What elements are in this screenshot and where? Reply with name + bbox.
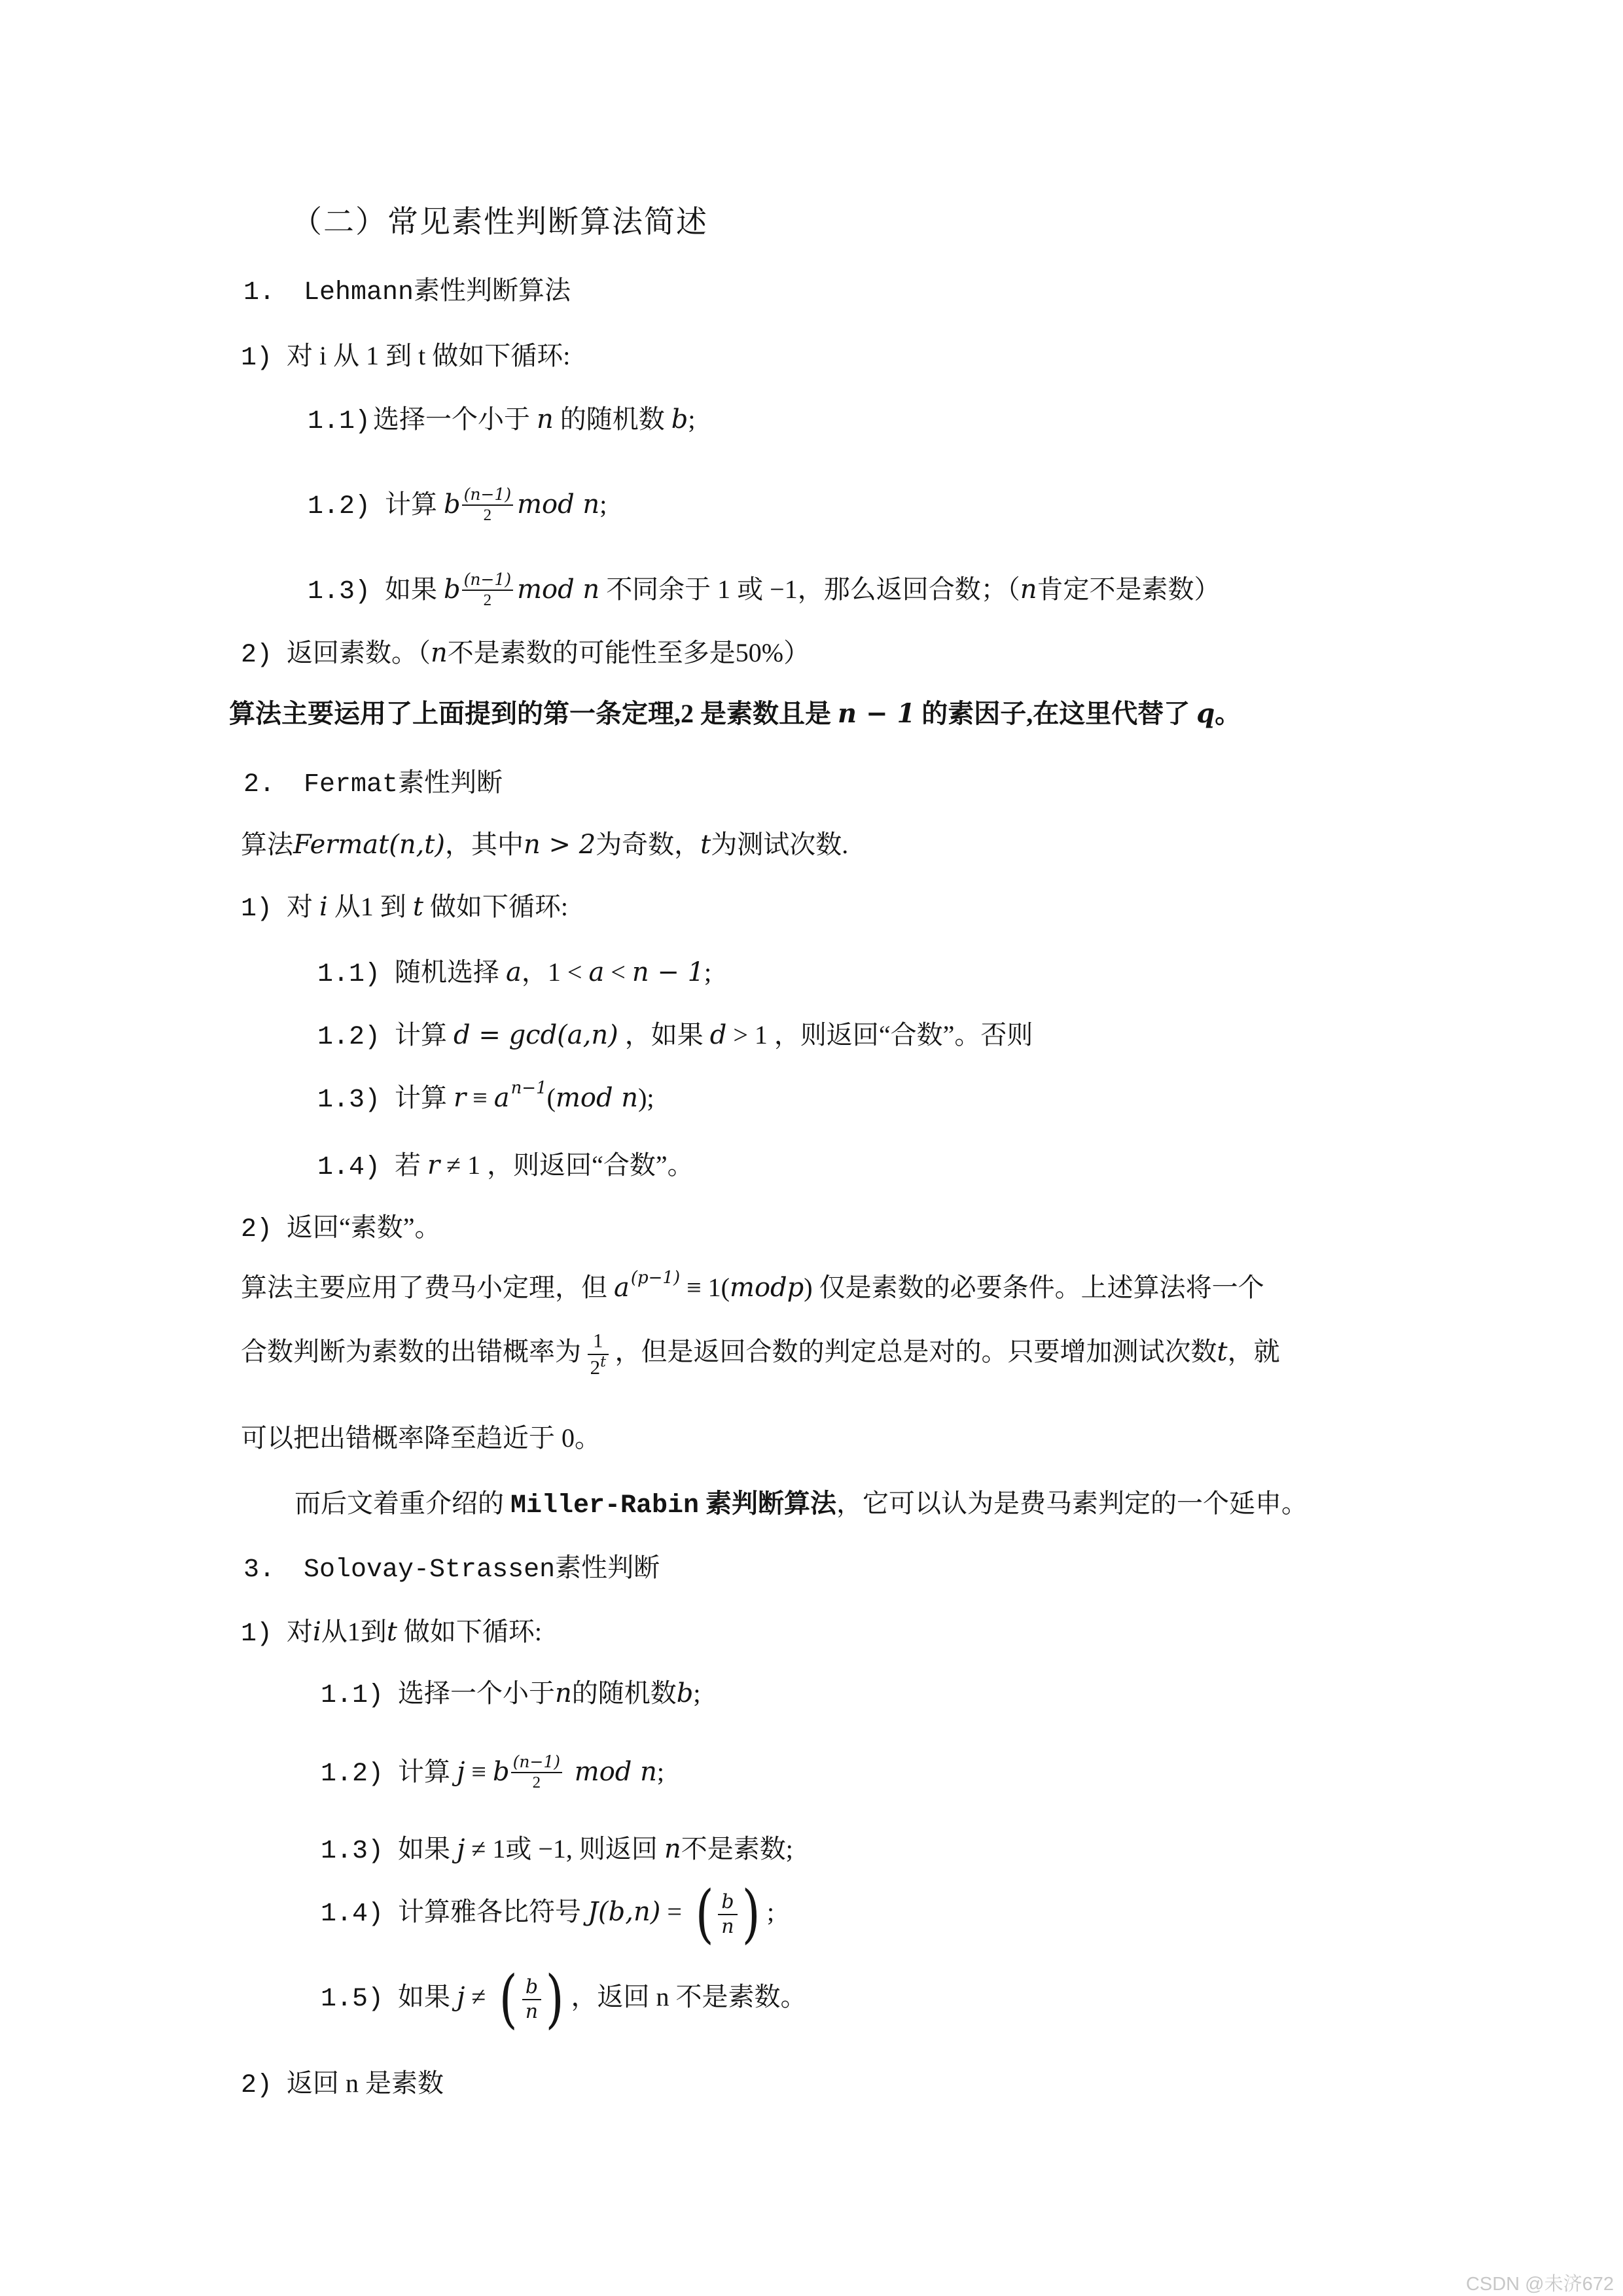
math-operator: modp <box>730 1273 804 1303</box>
fermat-title: 2.Fermat素性判断 <box>243 766 503 802</box>
text-run: ; <box>688 404 695 434</box>
text-run: ; <box>599 489 607 519</box>
text-run: ; <box>767 1897 774 1926</box>
algorithm-name: Lehmann <box>304 278 414 308</box>
fraction-denominator: 2 <box>533 1773 541 1792</box>
title-text: 素性判断 <box>398 768 503 797</box>
denominator-base: 2 <box>590 1356 601 1379</box>
list-marker: 1.1) <box>308 407 370 436</box>
fermat-note-line2: 合数判断为素数的出错概率为12t，但是返回合数的判定总是对的。只要增加测试次数t… <box>241 1330 1280 1379</box>
math-var: a <box>588 957 604 987</box>
math-var: i <box>313 1617 321 1647</box>
math-base: a <box>614 1273 630 1303</box>
text-run: 返回“素数”。 <box>287 1212 441 1242</box>
text-run: ; <box>657 1757 664 1786</box>
math-var: r <box>454 1083 466 1113</box>
list-marker: 1.4) <box>321 1899 383 1929</box>
fermat-note-line3: 可以把出错概率降至趋近于 0。 <box>241 1421 601 1455</box>
text-run: ) 仅是素数的必要条件。上述算法将一个 <box>804 1273 1264 1302</box>
list-marker: 1.1) <box>317 960 380 989</box>
text-run: 可以把出错概率降至趋近于 0。 <box>241 1423 601 1453</box>
text-run: 做如下循环: <box>397 1617 542 1646</box>
math-var: n <box>664 1834 681 1864</box>
solovay-step1-2: 1.2)计算 j ≡ b(n−1)2 mod n; <box>321 1755 664 1805</box>
fermat-step1: 1)对 i 从1 到 t 做如下循环: <box>241 890 568 927</box>
jacobi-fraction: bn <box>522 1977 541 2022</box>
text-run: ); <box>638 1083 654 1112</box>
fraction-denominator: 2 <box>484 506 492 524</box>
text-run: 不是素数的可能性至多是50%） <box>448 638 810 667</box>
math-var: n <box>1020 574 1037 605</box>
math-var: n − 1 <box>632 957 704 987</box>
text-run: 若 <box>395 1150 427 1180</box>
denominator-exponent: t <box>600 1354 606 1371</box>
math-operator: ≠ <box>465 1982 492 2011</box>
exponent: (p−1) <box>631 1268 680 1288</box>
math-var: j <box>457 1834 465 1864</box>
math-operator: mod n <box>566 1757 657 1787</box>
text-run: 计算 <box>385 489 444 519</box>
algorithm-name: Solovay-Strassen <box>304 1555 555 1585</box>
fermat-step2: 2)返回“素数”。 <box>241 1210 441 1247</box>
math-var: t <box>1217 1337 1228 1367</box>
text-run: ，如果 <box>618 1020 710 1050</box>
math-var: t <box>387 1617 397 1647</box>
text-run: ≡ 1( <box>680 1273 730 1302</box>
math-operator: mod n <box>517 489 599 520</box>
math-var: n <box>555 1678 572 1708</box>
text-run: 。 <box>1215 699 1241 728</box>
math-base: a <box>494 1083 510 1113</box>
math-var: a <box>506 957 522 987</box>
math-var: d <box>710 1020 727 1050</box>
text-run: 计算雅各比符号 <box>398 1897 588 1926</box>
text-run: 素判断算法 <box>699 1489 836 1518</box>
algorithm-name: Fermat <box>304 770 398 800</box>
solovay-step1-3: 1.3)如果 j ≠ 1或 −1, 则返回 n不是素数; <box>321 1832 793 1869</box>
fermat-step1-3: 1.3)计算 r ≡ an−1(mod n); <box>317 1081 654 1118</box>
math-base: b <box>444 574 461 605</box>
theorem-note: 算法主要运用了上面提到的第一条定理,2 是素数且是 n − 1 的素因子,在这里… <box>229 697 1241 731</box>
fraction-denominator: n <box>721 1915 734 1937</box>
text-run: 对 <box>287 892 319 921</box>
math-var: b <box>677 1678 694 1708</box>
list-marker: 1.3) <box>308 577 370 607</box>
list-marker: 3. <box>243 1555 275 1585</box>
math-var: n > 2 <box>524 830 596 860</box>
probability-fraction: 12t <box>588 1330 609 1379</box>
math-var: t <box>413 892 423 922</box>
text-run: 随机选择 <box>395 957 506 987</box>
text-run: ，返回 n 不是素数。 <box>571 1982 807 2011</box>
math-operator: mod n <box>517 574 599 605</box>
list-marker: 1.2) <box>321 1759 383 1789</box>
fraction-denominator: 2t <box>590 1355 606 1379</box>
lehmann-step1-2: 1.2)计算 b(n−1)2mod n; <box>308 487 607 538</box>
list-marker: 1) <box>241 894 272 924</box>
solovay-step1-5: 1.5)如果 j ≠ (bn)，返回 n 不是素数。 <box>321 1973 807 2026</box>
miller-rabin-note: 而后文着重介绍的 Miller-Rabin 素判断算法，它可以认为是费马素判定的… <box>294 1487 1308 1523</box>
math-var: Fermat(n,t) <box>293 830 445 860</box>
text-run: 如果 <box>398 1982 457 2011</box>
solovay-title: 3.Solovay-Strassen素性判断 <box>243 1551 660 1587</box>
left-paren-icon: ( <box>499 1973 518 2026</box>
fraction-numerator: b <box>522 1977 541 2000</box>
text-run: 选择一个小于 <box>373 404 537 434</box>
left-paren-icon: ( <box>696 1888 714 1941</box>
text-run: < <box>604 957 632 987</box>
text-run: 的随机数 <box>554 404 671 434</box>
fraction-denominator: 2 <box>484 591 492 609</box>
list-marker: 1. <box>243 278 275 308</box>
text-run: 算法主要运用了上面提到的第一条定理,2 是素数且是 <box>229 699 838 728</box>
solovay-step1: 1)对i从1到t 做如下循环: <box>241 1615 542 1651</box>
lehmann-step1: 1)对 i 从 1 到 t 做如下循环: <box>241 339 570 376</box>
math-operator: ≡ <box>466 1083 494 1112</box>
list-marker: 2) <box>241 641 272 670</box>
math-var: n <box>537 404 554 434</box>
text-run: 对 i 从 1 到 t 做如下循环: <box>287 341 570 370</box>
text-run: ，其中 <box>445 830 524 859</box>
lehmann-step2: 2)返回素数。（n不是素数的可能性至多是50%） <box>241 636 810 673</box>
exponent-fraction: (n−1)2 <box>462 486 513 525</box>
list-marker: 1.1) <box>321 1681 383 1710</box>
fraction-numerator: (n−1) <box>462 486 513 506</box>
csdn-watermark: CSDN @未济672 <box>1466 2269 1614 2296</box>
text-run: > 1 ，则返回“合数”。否则 <box>726 1020 1033 1050</box>
math-base: b <box>444 489 461 520</box>
fraction-denominator: n <box>526 2000 538 2022</box>
fermat-step1-4: 1.4)若 r ≠ 1 ，则返回“合数”。 <box>317 1148 694 1185</box>
exponent-fraction: (n−1)2 <box>511 1754 562 1792</box>
title-text: 素性判断算法 <box>414 275 571 305</box>
lehmann-title: 1.Lehmann素性判断算法 <box>243 274 571 310</box>
math-var: j <box>457 1982 465 2012</box>
text-run: 计算 <box>398 1757 457 1786</box>
math-expression: d = gcd(a,n) <box>454 1020 618 1050</box>
solovay-step1-4: 1.4)计算雅各比符号 J(b,n) = (bn); <box>321 1888 774 1941</box>
text-run: 为测试次数. <box>711 830 848 859</box>
jacobi-symbol: (bn) <box>692 1888 763 1941</box>
list-marker: 1) <box>241 344 272 373</box>
text-run: ，它可以认为是费马素判定的一个延申。 <box>836 1489 1308 1518</box>
text-run: 的随机数 <box>572 1678 677 1708</box>
text-run: 对 <box>287 1617 313 1646</box>
list-marker: 1.2) <box>308 492 370 521</box>
fermat-intro: 算法Fermat(n,t)，其中n > 2为奇数，t为测试次数. <box>241 828 848 862</box>
solovay-step1-1: 1.1)选择一个小于n的随机数b; <box>321 1676 701 1713</box>
list-marker: 1.4) <box>317 1153 380 1182</box>
text-run: 从1到 <box>321 1617 387 1646</box>
fermat-step1-1: 1.1)随机选择 a，1 < a < n − 1; <box>317 955 711 992</box>
text-run: 如果 <box>385 574 444 604</box>
text-run: 计算 <box>395 1020 454 1050</box>
text-run: ，但是返回合数的判定总是对的。只要增加测试次数 <box>615 1337 1217 1366</box>
text-run: 选择一个小于 <box>398 1678 555 1708</box>
text-run: 算法 <box>241 830 293 859</box>
list-marker: 1.5) <box>321 1985 383 2014</box>
text-run: 不是素数; <box>681 1834 793 1863</box>
text-run: 做如下循环: <box>423 892 568 921</box>
text-run: ; <box>693 1678 700 1708</box>
math-var: n − 1 <box>838 698 915 729</box>
text-run: ≠ 1 ，则返回“合数”。 <box>440 1150 693 1180</box>
document-page: （二）常见素性判断算法简述 1.Lehmann素性判断算法 1)对 i 从 1 … <box>0 0 1623 2296</box>
text-run: 算法主要应用了费马小定理，但 <box>241 1273 614 1302</box>
text-run: 而后文着重介绍的 <box>294 1489 510 1518</box>
math-var: i <box>319 892 328 922</box>
solovay-step2: 2)返回 n 是素数 <box>241 2066 444 2103</box>
exponent: n−1 <box>511 1078 547 1098</box>
math-operator: ≡ <box>465 1757 493 1786</box>
math-var: j <box>457 1757 465 1787</box>
text-run: 肯定不是素数） <box>1037 574 1221 604</box>
lehmann-step1-3: 1.3)如果 b(n−1)2mod n 不同余于 1 或 −1，那么返回合数；（… <box>308 573 1221 623</box>
list-marker: 1.3) <box>321 1837 383 1866</box>
text-run: ; <box>704 957 711 987</box>
fermat-step1-2: 1.2)计算 d = gcd(a,n) ，如果 d > 1 ，则返回“合数”。否… <box>317 1018 1033 1055</box>
list-marker: 1.2) <box>317 1023 380 1052</box>
text-run: 计算 <box>395 1083 454 1112</box>
jacobi-symbol: (bn) <box>496 1973 567 2026</box>
exponent-fraction: (n−1)2 <box>462 571 513 610</box>
text-run: 为奇数， <box>596 830 700 859</box>
text-run: ，1 < <box>522 957 589 987</box>
fraction-numerator: b <box>718 1892 737 1915</box>
heading-text: （二）常见素性判断算法简述 <box>291 205 708 239</box>
text-run: 返回 n 是素数 <box>287 2068 444 2098</box>
math-var: b <box>671 404 688 434</box>
math-var: r <box>427 1150 440 1180</box>
text-run: ( <box>547 1083 556 1112</box>
algorithm-name: Miller-Rabin <box>510 1491 699 1521</box>
list-marker: 1.3) <box>317 1086 380 1115</box>
math-base: b <box>493 1757 510 1787</box>
lehmann-step1-1: 1.1)选择一个小于 n 的随机数 b; <box>308 402 696 439</box>
list-marker: 2) <box>241 2071 272 2100</box>
text-run: ，就 <box>1228 1337 1280 1366</box>
list-marker: 2. <box>243 770 275 800</box>
jacobi-fraction: bn <box>718 1892 737 1937</box>
fermat-note-line1: 算法主要应用了费马小定理，但 a(p−1) ≡ 1(modp) 仅是素数的必要条… <box>241 1271 1264 1305</box>
right-paren-icon: ) <box>741 1888 760 1941</box>
text-run: 不同余于 1 或 −1，那么返回合数；（ <box>599 574 1020 604</box>
text-run: 从1 到 <box>328 892 413 921</box>
fraction-numerator: 1 <box>588 1330 609 1355</box>
fraction-numerator: (n−1) <box>462 571 513 591</box>
math-var: t <box>700 830 711 860</box>
math-var: n <box>431 638 448 668</box>
right-paren-icon: ) <box>546 1973 564 2026</box>
list-marker: 1) <box>241 1619 272 1649</box>
math-operator: mod n <box>556 1083 638 1113</box>
text-run: 返回素数。（ <box>287 638 431 667</box>
section-heading: （二）常见素性判断算法简述 <box>291 203 708 243</box>
math-var: q <box>1196 698 1215 729</box>
math-var: J(b,n) <box>588 1897 660 1927</box>
title-text: 素性判断 <box>555 1553 660 1582</box>
math-operator: = <box>660 1897 688 1926</box>
text-run: 如果 <box>398 1834 457 1863</box>
text-run: 的素因子,在这里代替了 <box>915 699 1196 728</box>
list-marker: 2) <box>241 1215 272 1245</box>
fraction-numerator: (n−1) <box>511 1754 562 1773</box>
text-run: 合数判断为素数的出错概率为 <box>241 1337 581 1366</box>
text-run: ≠ 1或 −1, 则返回 <box>465 1834 664 1863</box>
